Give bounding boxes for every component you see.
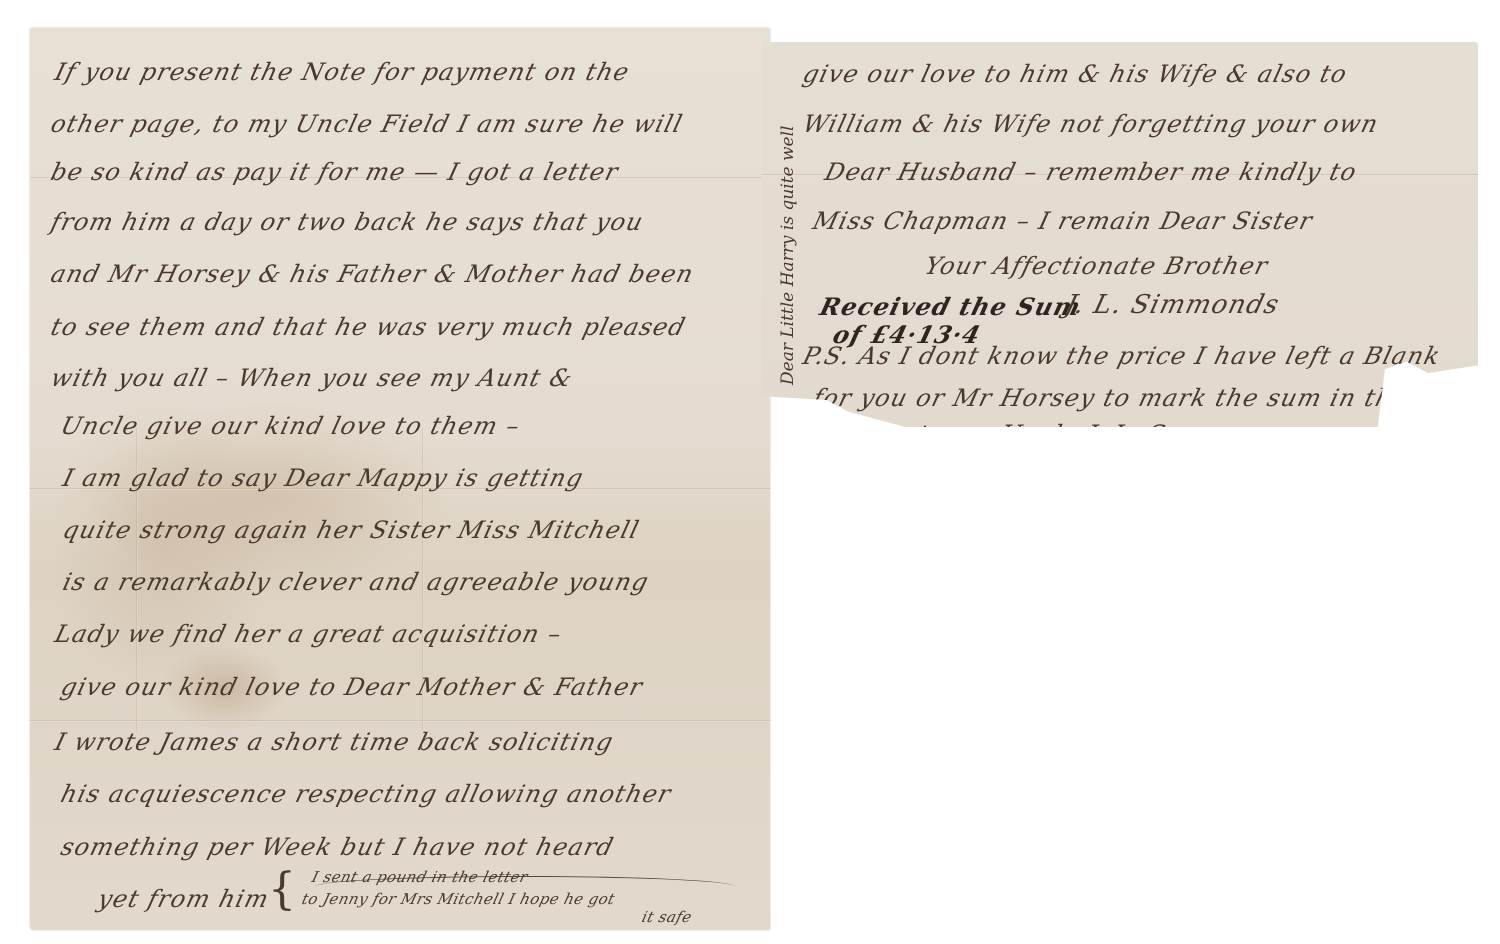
letter-line: his acquiescence respecting allowing ano…: [58, 780, 675, 808]
letter-line: William & his Wife not forgetting your o…: [800, 110, 1382, 138]
letter-line: quite strong again her Sister Miss Mitch…: [60, 516, 643, 544]
letter-line: Lady we find her a great acquisition –: [52, 620, 565, 648]
letter-line: Miss Chapman – I remain Dear Sister: [810, 207, 1316, 235]
postscript-line: note to my Uncle J. L. S.: [847, 420, 1177, 448]
closing-line: Your Affectionate Brother: [922, 252, 1271, 280]
letter-line: be so kind as pay it for me — I got a le…: [48, 158, 622, 186]
footnote-line: I sent a pound in the letter: [310, 868, 530, 886]
letter-line: Dear Husband – remember me kindly to: [822, 158, 1360, 186]
underline: [1119, 449, 1204, 451]
letter-line: I am glad to say Dear Mappy is getting: [60, 464, 587, 492]
vertical-margin-note: Dear Little Harry is quite well: [778, 126, 798, 385]
letter-left-page: If you present the Note for payment on t…: [30, 28, 770, 930]
letter-line: other page, to my Uncle Field I am sure …: [48, 110, 686, 138]
letter-line: from him a day or two back he says that …: [48, 208, 647, 236]
postscript-line: P.S. As I dont know the price I have lef…: [800, 342, 1444, 370]
letter-line: and Mr Horsey & his Father & Mother had …: [48, 260, 697, 288]
letter-line: is a remarkably clever and agreeable you…: [60, 568, 652, 596]
footnote-line: it safe: [640, 908, 694, 926]
footnote-brace: {: [268, 864, 296, 915]
footnote-line: to Jenny for Mrs Mitchell I hope he got: [300, 890, 617, 908]
letter-line: yet from him: [95, 885, 273, 913]
letter-line: Uncle give our kind love to them –: [58, 412, 523, 440]
signature: J. L. Simmonds: [1062, 290, 1283, 320]
fold-crease: [30, 720, 770, 722]
receipt-line: Received the Sum: [817, 292, 1084, 321]
letter-line: to see them and that he was very much pl…: [48, 313, 689, 341]
letter-line: with you all – When you see my Aunt &: [48, 364, 576, 392]
letter-line: I wrote James a short time back soliciti…: [52, 728, 617, 756]
letter-line: give our kind love to Dear Mother & Fath…: [58, 673, 646, 701]
letter-line: something per Week but I have not heard: [58, 833, 617, 861]
letter-line: If you present the Note for payment on t…: [52, 58, 633, 86]
postscript-line: for you or Mr Horsey to mark the sum in …: [810, 384, 1411, 412]
letter-line: give our love to him & his Wife & also t…: [800, 60, 1351, 88]
letter-right-page: give our love to him & his Wife & also t…: [762, 42, 1478, 427]
